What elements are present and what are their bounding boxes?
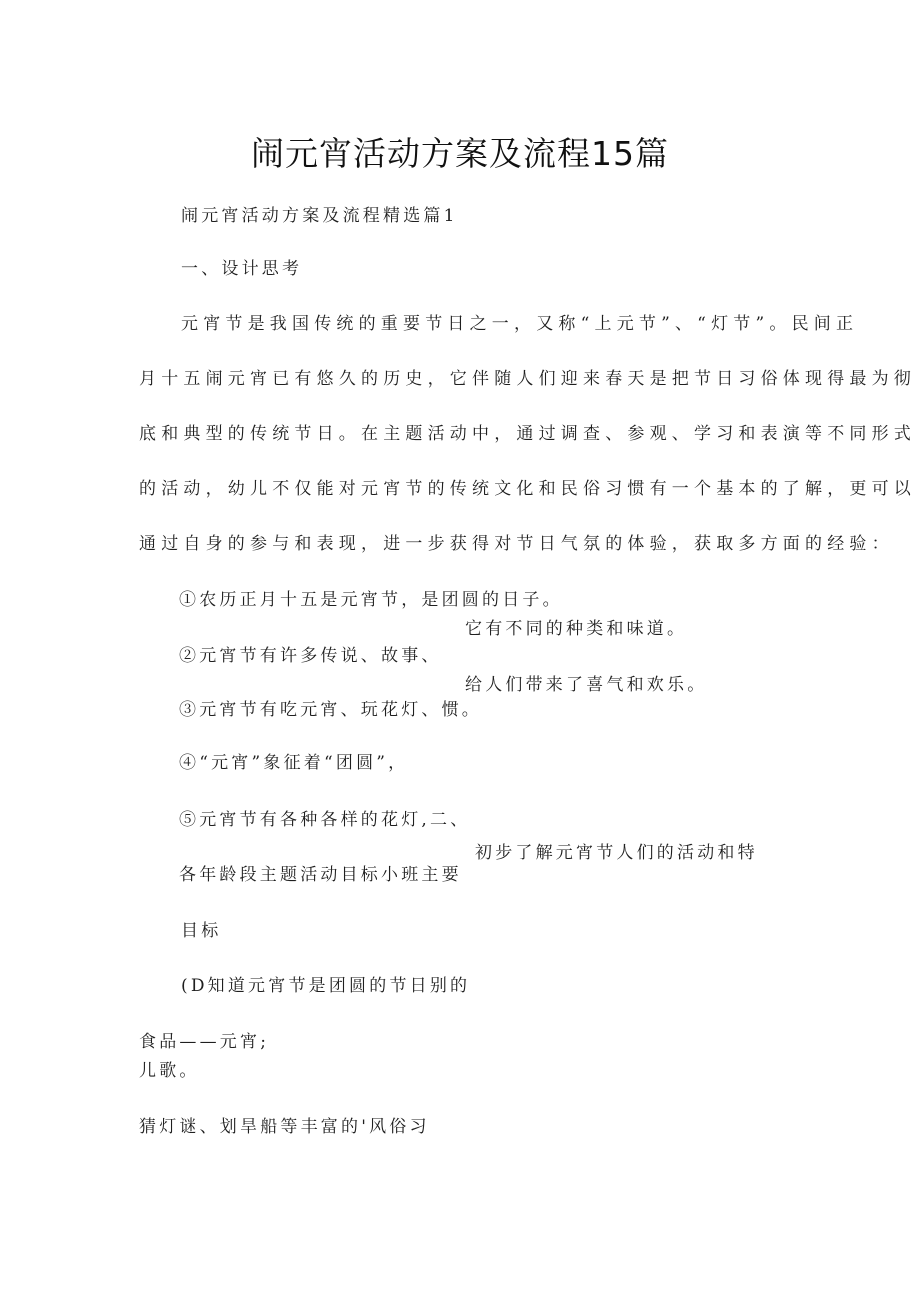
list-item-1-continuation: 它有不同的种类和味道。 — [465, 614, 687, 639]
list-item-5-continuation: 初步了解元宵节人们的活动和特 — [475, 838, 758, 863]
paragraph-line: 元宵节是我国传统的重要节日之一，又称“上元节”、“灯节”。民间正 — [181, 309, 858, 334]
paragraph-line: 底和典型的传统节日。在主题活动中，通过调查、参观、学习和表演等不同形式 — [139, 419, 916, 444]
list-item-2: ②元宵节有许多传说、故事、 — [179, 641, 442, 666]
section-heading: 一、设计思考 — [181, 254, 302, 279]
list-item-4: ④“元宵”象征着“团圆”， — [179, 748, 408, 773]
goal-label: 目标 — [181, 916, 221, 941]
list-item-5: ⑤元宵节有各种各样的花灯,二、 — [179, 805, 470, 830]
section-subtitle: 闹元宵活动方案及流程精选篇1 — [181, 201, 458, 226]
document-page: 闹元宵活动方案及流程15篇 闹元宵活动方案及流程精选篇1 一、设计思考 元宵节是… — [0, 0, 920, 1301]
customs-line: 猜灯谜、划旱船等丰富的'风俗习 — [139, 1112, 430, 1137]
goal-1: (D知道元宵节是团圆的节日别的 — [181, 971, 470, 996]
list-item-2-continuation: 给人们带来了喜气和欢乐。 — [465, 670, 707, 695]
document-title: 闹元宵活动方案及流程15篇 — [0, 128, 920, 175]
food-line: 食品——元宵; — [139, 1027, 269, 1052]
paragraph-line: 通过自身的参与和表现，进一步获得对节日气氛的体验，获取多方面的经验： — [139, 529, 894, 554]
list-item-3: ③元宵节有吃元宵、玩花灯、惯。 — [179, 695, 482, 720]
age-goals-line: 各年龄段主题活动目标小班主要 — [179, 860, 462, 885]
paragraph-line: 的活动，幼儿不仅能对元宵节的传统文化和民俗习惯有一个基本的了解，更可以 — [139, 474, 916, 499]
song-line: 儿歌。 — [139, 1056, 200, 1081]
paragraph-line: 月十五闹元宵已有悠久的历史，它伴随人们迎来春天是把节日习俗体现得最为彻 — [139, 364, 916, 389]
list-item-1: ①农历正月十五是元宵节，是团圆的日子。 — [179, 585, 563, 610]
